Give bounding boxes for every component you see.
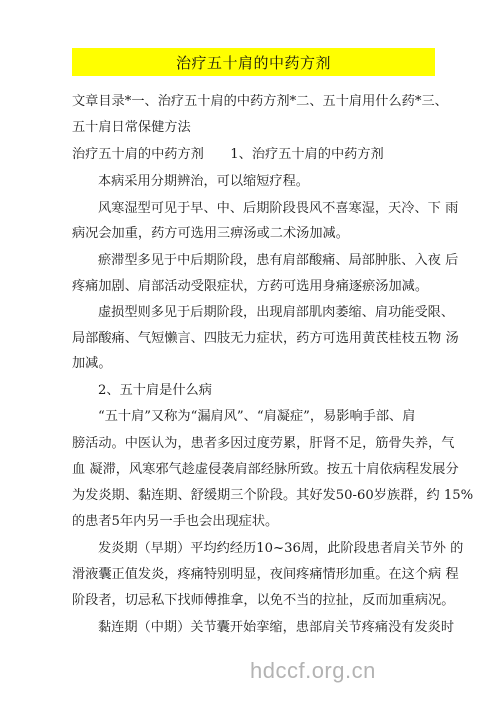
paragraph-line: 局部酸痛、气短懒言、四肢无力症状，药方可选用黄芪桂枝五物 汤 bbox=[72, 331, 459, 347]
toc-line-2: 五十肩日常保健方法 bbox=[72, 120, 191, 136]
paragraph-line: “五十肩”又称为“漏肩风”、“肩凝症”，易影响手部、肩 bbox=[98, 409, 415, 425]
paragraph-line: 的患者5年内另一手也会出现症状。 bbox=[72, 514, 278, 530]
paragraph-line: 阶段者，切忌私下找师傅推拿，以免不当的拉扯，反而加重病况。 bbox=[72, 593, 454, 609]
paragraph-line: 黏连期（中期）关节囊开始挛缩，患部肩关节疼痛没有发炎时 bbox=[98, 620, 454, 636]
paragraph-line: 发炎期（早期）平均约经历10~36周，此阶段患者肩关节外 的 bbox=[98, 541, 463, 557]
toc-line-1: 文章目录*一、治疗五十肩的中药方剂*二、五十肩用什么药*三、 bbox=[72, 94, 448, 110]
document-page: 治疗五十肩的中药方剂 文章目录*一、治疗五十肩的中药方剂*二、五十肩用什么药*三… bbox=[0, 0, 500, 707]
paragraph-line: 为发炎期、黏连期、舒缓期三个阶段。其好发50-60岁族群，约 15% bbox=[72, 488, 473, 504]
paragraph-line: 血 凝滞，风寒邪气趁虚侵袭肩部经脉所致。按五十肩依病程发展分 bbox=[72, 462, 459, 478]
paragraph-line: 瘀滞型多见于中后期阶段，患有肩部酸痛、局部肿胀、入夜 后 bbox=[98, 253, 458, 269]
watermark-text: hdccf.org.cn bbox=[250, 658, 376, 684]
document-title: 治疗五十肩的中药方剂 bbox=[176, 52, 331, 73]
paragraph-line: 加减。 bbox=[72, 356, 112, 372]
paragraph-line: 本病采用分期辨治，可以缩短疗程。 bbox=[98, 174, 309, 190]
section-heading-1: 治疗五十肩的中药方剂 1、治疗五十肩的中药方剂 bbox=[72, 147, 384, 163]
paragraph-line: 病况会加重，药方可选用三痹汤或二术汤加减。 bbox=[72, 226, 349, 242]
paragraph-line: 虚损型则多见于后期阶段，出现肩部肌肉萎缩、肩功能受限、 bbox=[98, 305, 454, 321]
section-heading-2: 2、五十肩是什么病 bbox=[98, 383, 212, 399]
paragraph-line: 风寒湿型可见于早、中、后期阶段畏风不喜寒湿，天冷、下 雨 bbox=[98, 201, 458, 217]
paragraph-line: 膀活动。中医认为，患者多因过度劳累，肝肾不足，筋骨失养，气 bbox=[72, 436, 454, 452]
paragraph-line: 滑液囊正值发炎，疼痛特别明显，夜间疼痛情形加重。在这个病 程 bbox=[72, 567, 459, 583]
paragraph-line: 疼痛加剧、肩部活动受限症状，方药可选用身痛逐瘀汤加减。 bbox=[72, 279, 428, 295]
title-banner: 治疗五十肩的中药方剂 bbox=[72, 48, 435, 76]
